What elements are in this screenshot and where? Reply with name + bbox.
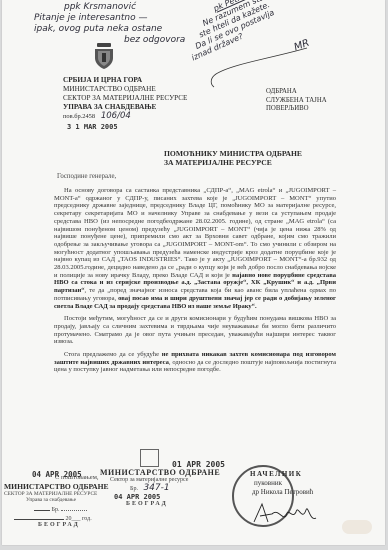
paragraph-1: На основу договора са састанка представн… [54,187,336,310]
country-name: СРБИЈА И ЦРНА ГОРА [63,76,187,85]
signatory-rank: пуковник [254,479,313,488]
ministry-name: МИНИСТАРСТВО ОДБРАНЕ [63,85,187,94]
signature-block: НАЧЕЛНИК пуковник др Никола Петровић [250,470,313,497]
classification-line: ОДБРАНА [266,88,327,97]
note-line: bez odgovora [124,35,185,46]
stamp-city: БЕОГРАД [38,522,114,528]
ref-number: пов.бр.2458 106/04 [63,112,187,121]
stamp-blank [61,510,87,511]
note-line: Pitanje je interesantno — [34,13,185,24]
stamp-city: БЕОГРАД [126,501,200,507]
stamp-directorate: Управа за снабдевање [26,497,114,503]
stamp-title: МИНИСТАРСТВО ОДБРАНЕ [4,482,114,491]
signatory-title: НАЧЕЛНИК [250,470,313,479]
stamp-br-label: Бр. [130,486,138,492]
coat-of-arms-icon [93,40,115,70]
classification-block: ОДБРАНА СЛУЖБЕНА ТАЈНА ПОВЕРЉИВО [266,88,327,114]
handwritten-note-left: ppk Krsmanović Pitanje je interesantno —… [62,2,185,46]
signatory-name: др Никола Петровић [252,488,313,497]
handwritten-signature [252,500,324,526]
paragraph-3: Стога предлажемо да се убудуће не прихва… [54,351,336,374]
left-date-stamp: 04 APR 2005 [32,470,82,479]
sector-name: СЕКТОР ЗА МАТЕРИЈАЛНЕ РЕСУРСЕ [63,94,187,103]
addressee-line: ПОМОЋНИКУ МИНИСТРА ОДБРАНЕ [164,149,302,158]
stamp-blank [14,519,64,520]
paragraph-text: На основу договора са састанка представн… [54,187,336,279]
stamp-br-line: Бр. 347-1 [108,483,200,493]
classification-line: ПОВЕРЉИВО [266,105,327,114]
document-page: ppk Krsmanović Pitanje je interesantno —… [2,0,385,545]
date-stamp: 3 1 MAR 2005 [67,123,187,132]
ministry-receipt-stamp: МИНИСТАРСТВО ОДБРАНЕ Сектор за материјал… [100,468,200,507]
salutation: Господине генерале, [57,173,116,180]
note-line: ipak, ovog puta neka ostane [34,24,185,35]
left-office-stamp: МИНИСТАРСТВО ОДБРАНЕ СЕКТОР ЗА МАТЕРИЈАЛ… [4,482,114,528]
addressee: ПОМОЋНИКУ МИНИСТРА ОДБРАНЕ ЗА МАТЕРИЈАЛН… [164,149,302,167]
paragraph-text: Стога предлажемо да се убудуће [64,351,162,358]
note-line: ppk Krsmanović [64,2,185,13]
letterhead: СРБИЈА И ЦРНА ГОРА МИНИСТАРСТВО ОДБРАНЕ … [63,76,187,132]
stain [342,520,372,534]
stamp-br-label: Бр. [52,507,60,513]
ref-handwritten: 106/04 [101,111,131,121]
paragraph-2: Постоји међутим, могућност да се и други… [54,315,336,346]
small-square-stamp [140,449,159,467]
classification-line: СЛУЖБЕНА ТАЈНА [266,97,327,106]
stamp-br-handwritten: 347-1 [143,483,169,493]
letter-body: На основу договора са састанка представн… [54,187,336,379]
annotation-stroke [202,44,312,88]
ref-prefix: пов.бр.2458 [63,113,95,120]
stamp-title: МИНИСТАРСТВО ОДБРАНЕ [100,468,200,477]
stamp-br-line: Бр. [34,507,114,513]
addressee-line: ЗА МАТЕРИЈАЛНЕ РЕСУРСЕ [164,158,302,167]
stamp-blank [34,510,50,511]
stamp-date: 04 APR 2005 [114,493,200,501]
